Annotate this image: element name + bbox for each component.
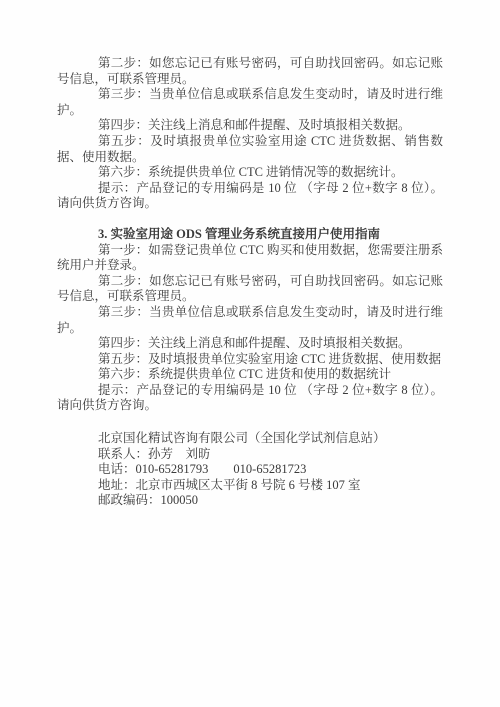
step-paragraph: 第六步：系统提供贵单位 CTC 进销情况等的数据统计。 [57,165,443,181]
step-paragraph: 第三步：当贵单位信息或联系信息发生变动时，请及时进行维护。 [57,305,443,336]
step-paragraph: 第四步：关注线上消息和邮件提醒、及时填报相关数据。 [57,118,443,134]
step-paragraph: 第五步：及时填报贵单位实验室用途 CTC 进货数据、销售数据、使用数据。 [57,134,443,165]
step-paragraph: 第四步：关注线上消息和邮件提醒、及时填报相关数据。 [57,336,443,352]
section-heading: 3. 实验室用途 ODS 管理业务系统直接用户使用指南 [57,227,443,243]
document-content: 第二步：如您忘记已有账号密码，可自助找回密码。如忘记账号信息，可联系管理员。 第… [57,56,443,509]
address-line: 地址：北京市西城区太平街 8 号院 6 号楼 107 室 [98,478,443,494]
document-page: 第二步：如您忘记已有账号密码，可自助找回密码。如忘记账号信息，可联系管理员。 第… [0,0,500,707]
step-paragraph: 第二步：如您忘记已有账号密码，可自助找回密码。如忘记账号信息，可联系管理员。 [57,274,443,305]
step-paragraph: 第三步：当贵单位信息或联系信息发生变动时，请及时进行维护。 [57,87,443,118]
step-paragraph: 第二步：如您忘记已有账号密码，可自助找回密码。如忘记账号信息，可联系管理员。 [57,56,443,87]
step-paragraph: 第六步：系统提供贵单位 CTC 进货和使用的数据统计 [57,367,443,383]
contact-block: 北京国化精试咨询有限公司（全国化学试剂信息站） 联系人：孙芳 刘昉 电话：010… [57,431,443,509]
phone-line: 电话：010-65281793 010-65281723 [98,462,443,478]
postal-code-line: 邮政编码：100050 [98,493,443,509]
contact-person: 联系人：孙芳 刘昉 [98,447,443,463]
step-paragraph: 第一步：如需登记贵单位 CTC 购买和使用数据，您需要注册系统用户并登录。 [57,243,443,274]
tip-paragraph: 提示：产品登记的专用编码是 10 位 （字母 2 位+数字 8 位）。请向供货方… [57,383,443,414]
step-paragraph: 第五步：及时填报贵单位实验室用途 CTC 进货数据、使用数据 [57,352,443,368]
tip-paragraph: 提示：产品登记的专用编码是 10 位 （字母 2 位+数字 8 位）。请向供货方… [57,181,443,212]
company-name: 北京国化精试咨询有限公司（全国化学试剂信息站） [98,431,443,447]
